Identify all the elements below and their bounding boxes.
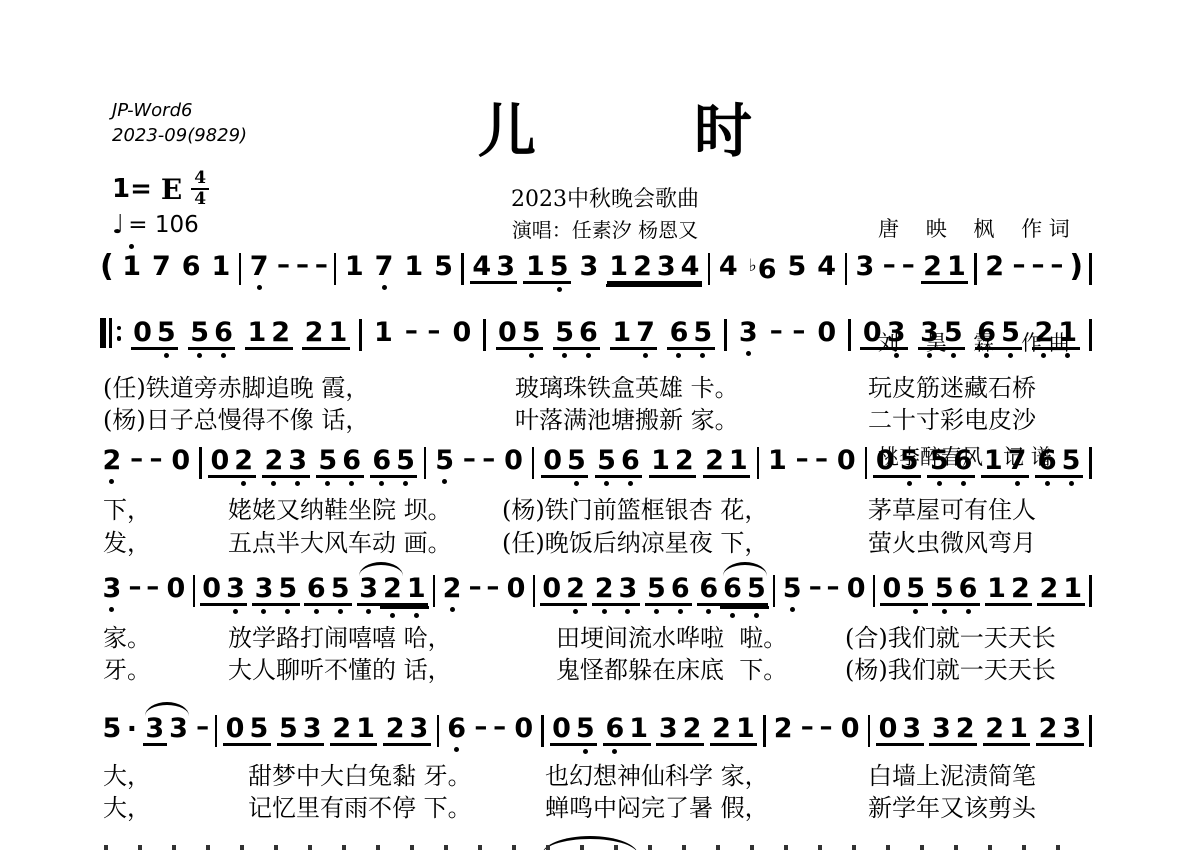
barline [199, 447, 202, 479]
note-cell: 0 [844, 574, 868, 603]
beamed-note-group: 12 [245, 318, 293, 350]
beamed-note-group: 65 [975, 318, 1023, 350]
low-octave-dot [961, 481, 966, 486]
barline [433, 575, 436, 607]
beamed-note-group: 65 [370, 446, 418, 478]
low-octave-dot [442, 479, 447, 484]
barline [215, 715, 218, 747]
note: 2 [1032, 318, 1056, 350]
note: 3 [100, 574, 124, 603]
note: 0 [502, 446, 526, 475]
note: 2 [672, 446, 696, 478]
beamed-note-group: 32 [656, 714, 704, 746]
note: 6 [697, 574, 721, 606]
cutoff-note-top [784, 845, 788, 850]
note: 0 [876, 714, 900, 746]
note: 1 [209, 252, 233, 281]
note: 0 [815, 318, 839, 347]
note: 6 [618, 446, 642, 478]
low-octave-dot [937, 481, 942, 486]
key-tonic: 1= [112, 174, 152, 204]
note: 0 [540, 574, 564, 606]
lyric-segment: 放学路打闹嘻嘻 哈， [228, 618, 452, 653]
note: 5 [897, 446, 921, 478]
duration-dash: – [405, 318, 418, 344]
note: 6 [576, 318, 600, 350]
note: 3 [494, 252, 518, 284]
beamed-note-group: 35 [918, 318, 966, 350]
note: ♭6 [746, 252, 779, 284]
beamed-note-group: 32 [929, 714, 977, 746]
note: 6 [445, 714, 469, 743]
note-cell: 5· [100, 714, 137, 745]
note: 2 [1008, 574, 1032, 606]
note: 2 [983, 714, 1007, 746]
duration-dash: – [801, 714, 814, 740]
duration-dash: – [129, 574, 142, 600]
duration-dash: – [1012, 252, 1025, 278]
note: 0 [834, 446, 858, 475]
note: 6 [668, 574, 692, 606]
barline [708, 253, 711, 285]
duration-dash: – [296, 252, 309, 278]
note: 3 [918, 318, 942, 350]
note: 0 [169, 446, 193, 475]
beamed-note-group: 05 [496, 318, 544, 350]
duration-dash: – [315, 252, 328, 278]
beamed-note-group: 321 [357, 574, 428, 606]
tempo-marking: ♩ = 106 [112, 210, 199, 240]
note: 2 [330, 714, 354, 746]
low-octave-dot [951, 353, 956, 358]
note: 6 [975, 318, 999, 350]
low-octave-dot [706, 609, 711, 614]
note: 1 [523, 252, 547, 284]
note: 5 [595, 446, 619, 478]
note-cell: 1 [765, 446, 789, 475]
note: 5 [328, 574, 352, 606]
note: 5 [927, 446, 951, 478]
beamed-note-group: 56 [645, 574, 693, 606]
low-octave-dot [295, 481, 300, 486]
beamed-note-group: 23 [262, 446, 310, 478]
note: 3 [577, 252, 601, 281]
duration-dash: – [826, 574, 839, 600]
low-octave-dot [221, 353, 226, 358]
barline [483, 319, 486, 351]
note: 5 [691, 318, 715, 350]
low-octave-dot [164, 353, 169, 358]
note: 5 [100, 714, 124, 745]
low-octave-dot [562, 353, 567, 358]
quarter-note-icon: ♩ [112, 210, 124, 240]
beamed-note-group: 665 [697, 574, 768, 606]
beamed-note-group: 53 [277, 714, 325, 746]
duration-dash: – [493, 714, 506, 740]
note: 5 [1059, 446, 1083, 478]
cutoff-note-top [886, 845, 890, 850]
lyric-segment: 大， [103, 788, 151, 823]
beamed-note-group: 23 [592, 574, 640, 606]
cutoff-slur-arc [542, 836, 638, 850]
low-octave-dot [233, 609, 238, 614]
flat-icon: ♭ [749, 256, 757, 276]
lyric-segment: 萤火虫微风弯月 [868, 523, 1036, 558]
duration-dash: – [482, 446, 495, 472]
lyric-segment: 新学年又该剪头 [868, 788, 1036, 823]
generator-info: JP-Word6 2023-09(9829) [112, 98, 247, 148]
low-octave-dot [325, 481, 330, 486]
cutoff-note-top [342, 845, 346, 850]
beamed-note-group: 12 [649, 446, 697, 478]
note: 5 [154, 318, 178, 350]
note: 0 [550, 714, 574, 746]
note: 2 [680, 714, 704, 746]
cutoff-note-top [206, 845, 210, 850]
barline [773, 575, 776, 607]
repeat-dots [117, 326, 122, 341]
beamed-note-group: 21 [330, 714, 378, 746]
note-cell: 0 [504, 574, 528, 603]
cutoff-note-top [1056, 845, 1060, 850]
low-octave-dot [382, 285, 387, 290]
low-octave-dot [338, 609, 343, 614]
duration-dash: – [792, 318, 805, 344]
note: 2 [1037, 574, 1061, 606]
cutoff-note-top [716, 845, 720, 850]
note: 5 [394, 446, 418, 478]
note: 2 [440, 574, 464, 603]
duration-dash: – [770, 318, 783, 344]
low-octave-dot [529, 353, 534, 358]
lyric-segment: 下， [103, 490, 151, 525]
note: 0 [496, 318, 520, 350]
note-cell: 5 [785, 252, 809, 281]
title-char-2: 时 [694, 100, 752, 164]
beamed-note-group: 21 [1037, 574, 1085, 606]
beamed-note-group: 05 [541, 446, 589, 478]
barline [848, 319, 851, 351]
cutoff-note-top [240, 845, 244, 850]
duration-dash: – [146, 574, 159, 600]
note-cell: 0 [838, 714, 862, 743]
lyric-segment: (合)我们就一天天长 [845, 618, 1056, 653]
note: 6 [1035, 446, 1059, 478]
note-cell: 1 [209, 252, 233, 281]
barline [1089, 715, 1092, 747]
duration-dash: – [902, 252, 915, 278]
note: 2 [269, 318, 293, 350]
beamed-note-group: 56 [553, 318, 601, 350]
low-octave-dot [574, 481, 579, 486]
lyric-segment: 田埂间流水哗啦 啦。 [556, 618, 787, 653]
cutoff-note-top [750, 845, 754, 850]
note: 2 [703, 446, 727, 478]
barline [193, 575, 196, 607]
note: 3 [656, 714, 680, 746]
low-octave-dot [285, 609, 290, 614]
note: 5 [785, 252, 809, 281]
low-octave-dot [271, 481, 276, 486]
note: 3 [407, 714, 431, 746]
note-cell: 7 [149, 252, 173, 281]
note: 2 [1036, 714, 1060, 746]
beamed-note-group: 1234 [607, 252, 702, 284]
lyric-segment: (杨)我们就一天天长 [845, 650, 1056, 685]
note: 2 [100, 446, 124, 475]
note: 0 [512, 714, 536, 743]
cutoff-note-top [410, 845, 414, 850]
low-octave-dot [261, 609, 266, 614]
note-cell: 0 [169, 446, 193, 475]
barline [1089, 447, 1092, 479]
lyric-segment: 鬼怪都躲在床底 下。 [556, 650, 787, 685]
note: 5 [276, 574, 300, 606]
note: 2 [381, 574, 405, 606]
note: 0 [860, 318, 884, 350]
note: 5 [932, 574, 956, 606]
lyric-segment: 也幻想神仙科学 家， [545, 756, 769, 791]
note: 7 [634, 318, 658, 350]
lyric-segment: 玻璃珠铁盒英雄 卡。 [515, 368, 739, 403]
note: 0 [880, 574, 904, 606]
lyric-segment: 家。 [103, 618, 151, 653]
beamed-note-group: 15 [523, 252, 571, 284]
note: 1 [1061, 574, 1085, 606]
cutoff-note-top [478, 845, 482, 850]
note-cell: 2 [100, 446, 124, 475]
low-octave-dot [927, 353, 932, 358]
note: 5 [744, 574, 768, 606]
note-cell: 1 [120, 252, 144, 281]
note: 5 [941, 318, 965, 350]
low-octave-dot [557, 287, 562, 292]
note: 5 [547, 252, 571, 284]
note-cell: 1 [402, 252, 426, 281]
low-octave-dot [109, 479, 114, 484]
duration-dash: – [815, 446, 828, 472]
note: 2 [771, 714, 795, 743]
lyric-segment: 蝉鸣中闷完了暑 假， [545, 788, 769, 823]
low-octave-dot [349, 481, 354, 486]
beamed-note-group: 35 [252, 574, 300, 606]
lyric-segment: 发， [103, 523, 151, 558]
note: 1 [402, 252, 426, 281]
low-octave-dot [1008, 353, 1013, 358]
note: 1 [371, 318, 395, 347]
low-octave-dot [109, 607, 114, 612]
note: 1 [981, 446, 1005, 478]
duration-dash: – [1050, 252, 1063, 278]
note: 1 [627, 714, 651, 746]
note: 2 [631, 252, 655, 284]
barline [868, 715, 871, 747]
note: 3 [853, 252, 877, 281]
beamed-note-group: 05 [131, 318, 179, 350]
note: 6 [340, 446, 364, 478]
barline [1089, 319, 1092, 351]
duration-dash: – [1031, 252, 1044, 278]
low-octave-dot [790, 607, 795, 612]
low-octave-dot [197, 353, 202, 358]
barline [1089, 575, 1092, 607]
low-octave-dot [966, 609, 971, 614]
note: 1 [1056, 318, 1080, 350]
duration-dash: – [796, 446, 809, 472]
lyricist-credit: 唐 映 枫 作 词 [878, 210, 1070, 248]
low-octave-dot [643, 353, 648, 358]
barline [424, 447, 427, 479]
note-cell: 0 [450, 318, 474, 347]
cutoff-note-top [512, 845, 516, 850]
cutoff-note-top [308, 845, 312, 850]
note: 6 [956, 574, 980, 606]
beamed-note-group: 21 [710, 714, 758, 746]
lyric-segment: 甜梦中大白兔黏 牙。 [248, 756, 472, 791]
sheet-music-page: JP-Word6 2023-09(9829) 1= E 4 4 ♩ = 106 … [0, 0, 1200, 850]
duration-dash: – [474, 714, 487, 740]
barline [334, 253, 337, 285]
note: 4 [716, 252, 740, 281]
low-octave-dot [942, 609, 947, 614]
note: 5 [553, 318, 577, 350]
note-cell: 1 [342, 252, 366, 281]
low-octave-dot [403, 481, 408, 486]
note: 3 [736, 318, 760, 347]
beamed-note-group: 56 [595, 446, 643, 478]
cutoff-note-top [104, 845, 108, 850]
duration-dash: – [809, 574, 822, 600]
note: 3 [884, 318, 908, 350]
notation-system-4: 3––00335653212––00223566655––005561221 [100, 574, 1092, 608]
note-cell: 3 [577, 252, 601, 281]
note: 7 [247, 252, 271, 281]
note: 1 [985, 574, 1009, 606]
note: 6 [212, 318, 236, 350]
note: 1 [649, 446, 673, 478]
note-cell: ♭6 [746, 252, 779, 284]
beamed-note-group: 23 [383, 714, 431, 746]
note: 1 [120, 252, 144, 281]
time-denominator: 4 [194, 190, 206, 208]
beamed-note-group: 21 [1032, 318, 1080, 350]
note-cell: 2 [440, 574, 464, 603]
close-paren: ) [1069, 252, 1083, 281]
notation-system-3: 2––0022356655––0055612211––005561765 [100, 446, 1092, 480]
cutoff-note-top [580, 845, 584, 850]
repeat-thin-bar [109, 318, 112, 348]
lyric-segment: 记忆里有雨不停 下。 [248, 788, 472, 823]
low-octave-dot [625, 609, 630, 614]
note: 3 [654, 252, 678, 284]
note-cell: 7 [247, 252, 271, 281]
slur-arc [359, 562, 403, 576]
beamed-note-group: 56 [932, 574, 980, 606]
lyric-segment: 姥姥又纳鞋坐院 坝。 [228, 490, 452, 525]
note: 5 [519, 318, 543, 350]
slur-arc [723, 562, 767, 576]
generator-name: JP-Word6 [112, 98, 247, 123]
barline [533, 575, 536, 607]
beamed-note-group: 61 [603, 714, 651, 746]
barline [974, 253, 977, 285]
note: 2 [983, 252, 1007, 281]
note: 5 [904, 574, 928, 606]
cutoff-note-top [138, 845, 142, 850]
note-cell: 0 [512, 714, 536, 743]
barline [239, 253, 242, 285]
low-octave-dot [700, 353, 705, 358]
note-cell: 6 [445, 714, 469, 743]
note: 1 [607, 252, 631, 284]
barline [532, 447, 535, 479]
note: 2 [564, 574, 588, 606]
note: 5 [573, 714, 597, 746]
low-octave-dot [583, 749, 588, 754]
lyric-segment: 白墙上泥渍简笔 [868, 756, 1036, 791]
duration-dash: – [130, 446, 143, 472]
low-octave-dot [586, 353, 591, 358]
low-octave-dot [628, 481, 633, 486]
note: 1 [733, 714, 757, 746]
cutoff-note-top [614, 845, 618, 850]
lyric-segment: 二十寸彩电皮沙 [868, 400, 1036, 435]
note: 5 [316, 446, 340, 478]
cutoff-note-top [682, 845, 686, 850]
note-cell: 0 [502, 446, 526, 475]
lyric-segment: 五点半大风车动 画。 [228, 523, 452, 558]
duration-dash: – [427, 318, 440, 344]
barline [763, 715, 766, 747]
note: 0 [223, 714, 247, 746]
note: 1 [326, 318, 350, 350]
note: 1 [354, 714, 378, 746]
beamed-note-group: 12 [985, 574, 1033, 606]
note-cell: 4 [815, 252, 839, 281]
duration-dash: – [486, 574, 499, 600]
note: 3 [900, 714, 924, 746]
low-octave-dot [573, 609, 578, 614]
cutoff-note-top [546, 845, 550, 850]
notation-system-1: (17617–––17154315312344♭6543––212–––) [100, 252, 1092, 286]
beamed-note-group: 05 [550, 714, 598, 746]
note: 5 [432, 252, 456, 281]
note: 4 [815, 252, 839, 281]
low-octave-dot [314, 609, 319, 614]
high-octave-dot [129, 244, 134, 249]
beamed-note-group: 17 [981, 446, 1029, 478]
note-cell: 5 [433, 446, 457, 475]
note: 3 [616, 574, 640, 606]
barline [845, 253, 848, 285]
note: 0 [844, 574, 868, 603]
note: 6 [179, 252, 203, 281]
title-char-1: 儿 [478, 100, 536, 164]
barline [873, 575, 876, 607]
note: 2 [710, 714, 734, 746]
note: 6 [951, 446, 975, 478]
note: 4 [470, 252, 494, 284]
beamed-note-group: 05 [223, 714, 271, 746]
note: 5 [780, 574, 804, 603]
note: 6 [304, 574, 328, 606]
barline [757, 447, 760, 479]
cutoff-note-top [818, 845, 822, 850]
slur-arc [145, 702, 189, 716]
note: 2 [383, 714, 407, 746]
generator-version: 2023-09(9829) [112, 123, 247, 148]
note: 0 [208, 446, 232, 478]
